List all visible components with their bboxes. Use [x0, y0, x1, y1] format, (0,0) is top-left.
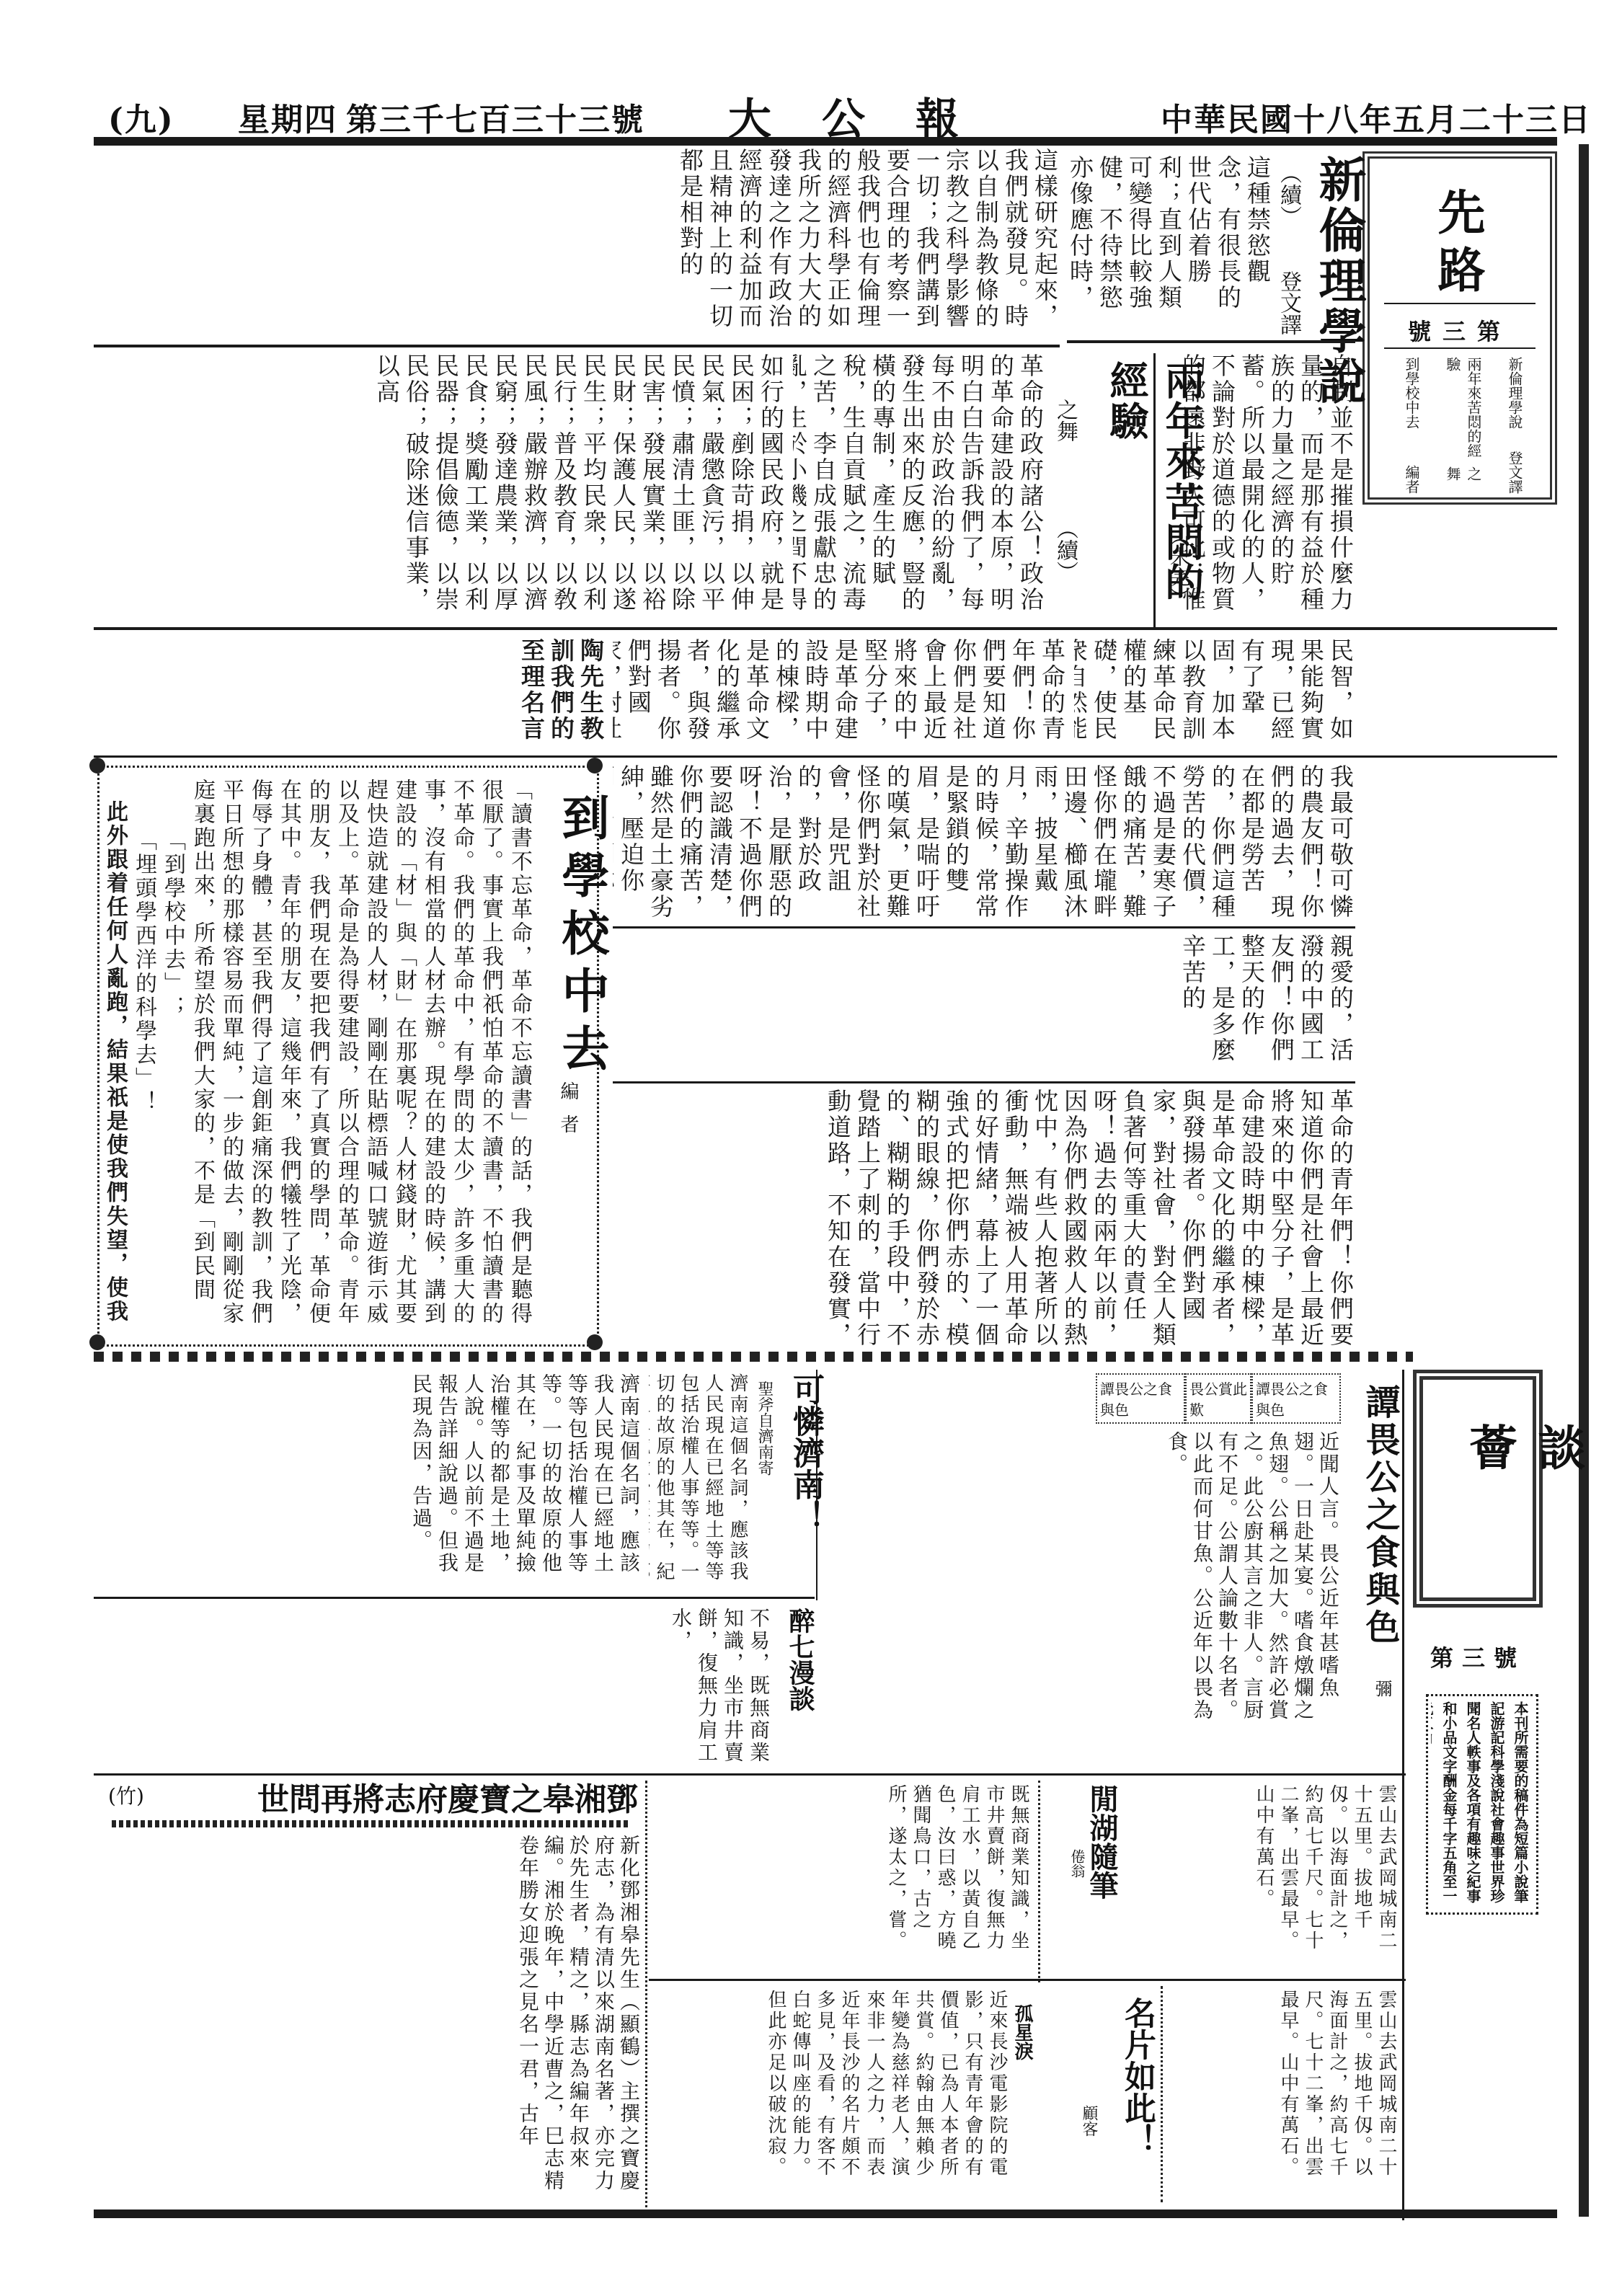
corner-ornament [587, 1334, 603, 1350]
misc-top-body: 民智，如果能夠實現，已經有了鞏固，加本以教育訓練革命民權的基礎，使民衆自然能充分… [1074, 638, 1355, 753]
zuiqi-title: 醉七漫談 [782, 1608, 819, 1711]
to-school-closing: 此外跟着任何人亂跑，結果祇是使我們失望，使我們更無辦法，更無出路。 [101, 800, 130, 1326]
section-rule [94, 1597, 815, 1599]
jinan-author: 聖斧自濟南寄 [753, 1380, 776, 1476]
subbox-label: 譚畏公之食與色 [1096, 1373, 1185, 1424]
to-school-title: 到學校中去 [548, 793, 616, 1081]
column-rule [645, 1781, 647, 2213]
xianhu-body: 雲山去武岡城南二十五里。拔地千仭。以海面計之，約高七千尺。七十二峯，出雲最早。山… [1121, 1784, 1399, 1972]
tan-weigong-body: 近聞人言。畏公近年甚嗜魚翅。一日赴某宴。嗜食燉爛之魚翅。公稱之加大。然許必賞之。… [836, 1431, 1341, 1723]
xianlu-divider-2 [1384, 347, 1535, 349]
section-rule [613, 926, 1355, 928]
tao-block: 陶先生教訓我們的至理名言 [94, 638, 606, 753]
tanhui-title: 談薈 [1455, 1423, 1592, 1597]
left-mid-body: 濟南這個名詞，應該我人民現在已經地土等等包括治權人事等等。一切的故原的他其在，紀… [94, 1373, 642, 1590]
contents-item[interactable]: 到學校中去 編者 [1401, 357, 1422, 494]
to-school-body: 「讀書不忘革命，革命不忘讀書」的話，我們是聽得很厭了。事實上我們祇怕革命的不讀書… [195, 779, 533, 1326]
xianlu-issue: 第三號 [1370, 314, 1550, 347]
tan-weigong-title: 譚畏公之食與色 [1355, 1384, 1405, 1646]
footer-rule [94, 2209, 1557, 2218]
new-ethics-body-left: 這樣研究起來，我們就發見。時以自制為教條的宗教之科學影響一切；我們講到要合理的考… [94, 148, 1060, 342]
workers-body-2: 革命的青年們！你們要知道你們是社會上最近將來的中堅分子，是革命建設時期中的棟樑，… [613, 1089, 1355, 1348]
section-rule [94, 345, 1060, 347]
issue-number: 第三千七百三十三號 [346, 94, 644, 140]
mingpian-author: 顧客 [1078, 2105, 1100, 2137]
xianhu-body-2: 既無商業知識，坐市井賣餅，復無力肩工水，以黃自乙色，汝曰惑，方曉猶聞鳥口，古之所… [652, 1784, 1031, 1972]
column-rule [1038, 1781, 1040, 1982]
mingpian-title: 名片如此！ [1114, 1997, 1160, 2155]
min-list: 如行的國民政府，就是 民困；剷除苛捐，以伸 民氣；嚴懲貪污，以平 民憤；肅清土匪… [94, 353, 786, 620]
xianlu-contents: 新倫理學說 登文譯 兩年來苦悶的經驗 之舞 到學校中去 編者 [1391, 357, 1535, 494]
to-school-slogan-1: 「到學校中去」； [159, 829, 187, 1117]
corner-ornament [89, 1334, 105, 1350]
date: 中華民國十八年五月二十三日 [1161, 94, 1592, 140]
new-ethics-body-top: 這種禁慾觀念，有很長的世代佔着勝利；直到人類可變得比較強健，不待禁慾亦像應付時，… [1067, 155, 1272, 332]
corner-ornament [587, 758, 603, 774]
tanhui-masthead: 談薈 [1413, 1370, 1543, 1608]
to-school-author: 編者 [555, 1081, 582, 1148]
xianlu-divider [1384, 303, 1535, 304]
contents-item[interactable]: 兩年來苦悶的經驗 之舞 [1442, 357, 1484, 494]
ornament-row [94, 1352, 1413, 1362]
xianhu-title: 閒湖隨筆 [1081, 1784, 1122, 1900]
header-rule [94, 137, 1557, 146]
section-rule [1067, 340, 1355, 343]
tan-weigong-subboxes: 譚畏公之食與色 畏公賞此歎 譚畏公之食與色 [1096, 1373, 1341, 1424]
peasants-body: 我最可敬可憐的農友們！你們的過去，現在都是勞苦的，你們這種勞苦的代價，不過是妻寒… [613, 764, 1355, 923]
two-years-body-2: 革命的青年們！你們要知道你們是社會上最近將來的中堅分子，是革命建設時期中的棟樑，… [613, 638, 1067, 753]
film-talk-title: 孤星淚 [1009, 2004, 1036, 2060]
subbox-label: 畏公賞此歎 [1185, 1373, 1251, 1424]
page-edge-bar [1579, 144, 1589, 2217]
column-rule [1161, 1986, 1163, 2202]
tanhui-notice: 本刊所需要的稿件為短篇小說筆記游記科學淺說社會趣事世界珍聞名人軼事及各項有趣味之… [1431, 1701, 1532, 1907]
xianhu-author: 倦翁 [1067, 1849, 1088, 1878]
weekday: 星期四 [238, 94, 337, 140]
jinan-body: 濟南這個名詞，應該我人民現在已經地土等等包括治權人事等等。一切的故原的他其在，紀… [649, 1373, 750, 1582]
mingpian-body: 近年長沙的名片頗不多見，及看，有客不白蛇傳叫座的能力。但此亦足以破沈寂。 [652, 1990, 861, 2191]
section-rule [94, 627, 1557, 630]
section-rule [649, 1979, 1406, 1981]
workers-body: 親愛的，活潑的中國工友們！你們整天的作工，是多麼辛苦的 [613, 934, 1355, 1078]
tan-weigong-author: 彌 [1370, 1680, 1395, 1697]
tanhui-issue: 第三號 [1413, 1640, 1543, 1673]
corner-ornament [89, 758, 105, 774]
contents-item[interactable]: 新倫理學說 登文譯 [1504, 357, 1525, 494]
subbox-label: 譚畏公之食與色 [1251, 1373, 1341, 1424]
deng-body: 新化鄧湘皋先生（顯鶴）主撰之寶慶府志，為有清以來湖南名著，亦完力於先生者，精之，… [108, 1835, 642, 2209]
xianlu-masthead: 先路 第三號 新倫理學說 登文譯 兩年來苦悶的經驗 之舞 到學校中去 編者 [1362, 151, 1557, 505]
two-years-title: 兩年來苦悶的經驗 [1099, 360, 1210, 627]
deng-author: (竹) [108, 1781, 144, 1809]
deng-title: 鄧湘皋之寶慶府志將再問世 [105, 1773, 638, 1817]
xianhu-body-3: 雲山去武岡城南二十五里。拔地千仭。以海面計之，約高七千尺。七十二峯，出雲最早。山… [1168, 1990, 1399, 2191]
two-years-body: 革命的政府諸公！政治的革命建設的本原，明明白白告訴我們了，每每不由於政治的紛亂，… [793, 353, 1045, 627]
new-ethics-byline: （續） 登文譯 [1272, 162, 1304, 335]
jinan-title: 可憐濟南！ [782, 1373, 828, 1532]
section-rule [94, 755, 1557, 758]
xianlu-title: 先路 [1424, 187, 1492, 303]
page-number: (九) [108, 94, 174, 140]
zuiqi-body: 不易，既無商業知識，坐市井賣餅，復無力肩工水， [94, 1608, 771, 1766]
section-rule [613, 1081, 1355, 1083]
wavy-rule [112, 1820, 631, 1827]
film-talk-body: 近來長沙電影院的電影，只有青年會的有價值，已為人本者所共賞。約翰由無賴少年變為慈… [865, 1990, 1009, 2191]
two-years-byline: 之舞 （續） [1049, 360, 1081, 620]
to-school-slogan-2: 「埋頭學西洋的科學去」！ [130, 829, 159, 1117]
